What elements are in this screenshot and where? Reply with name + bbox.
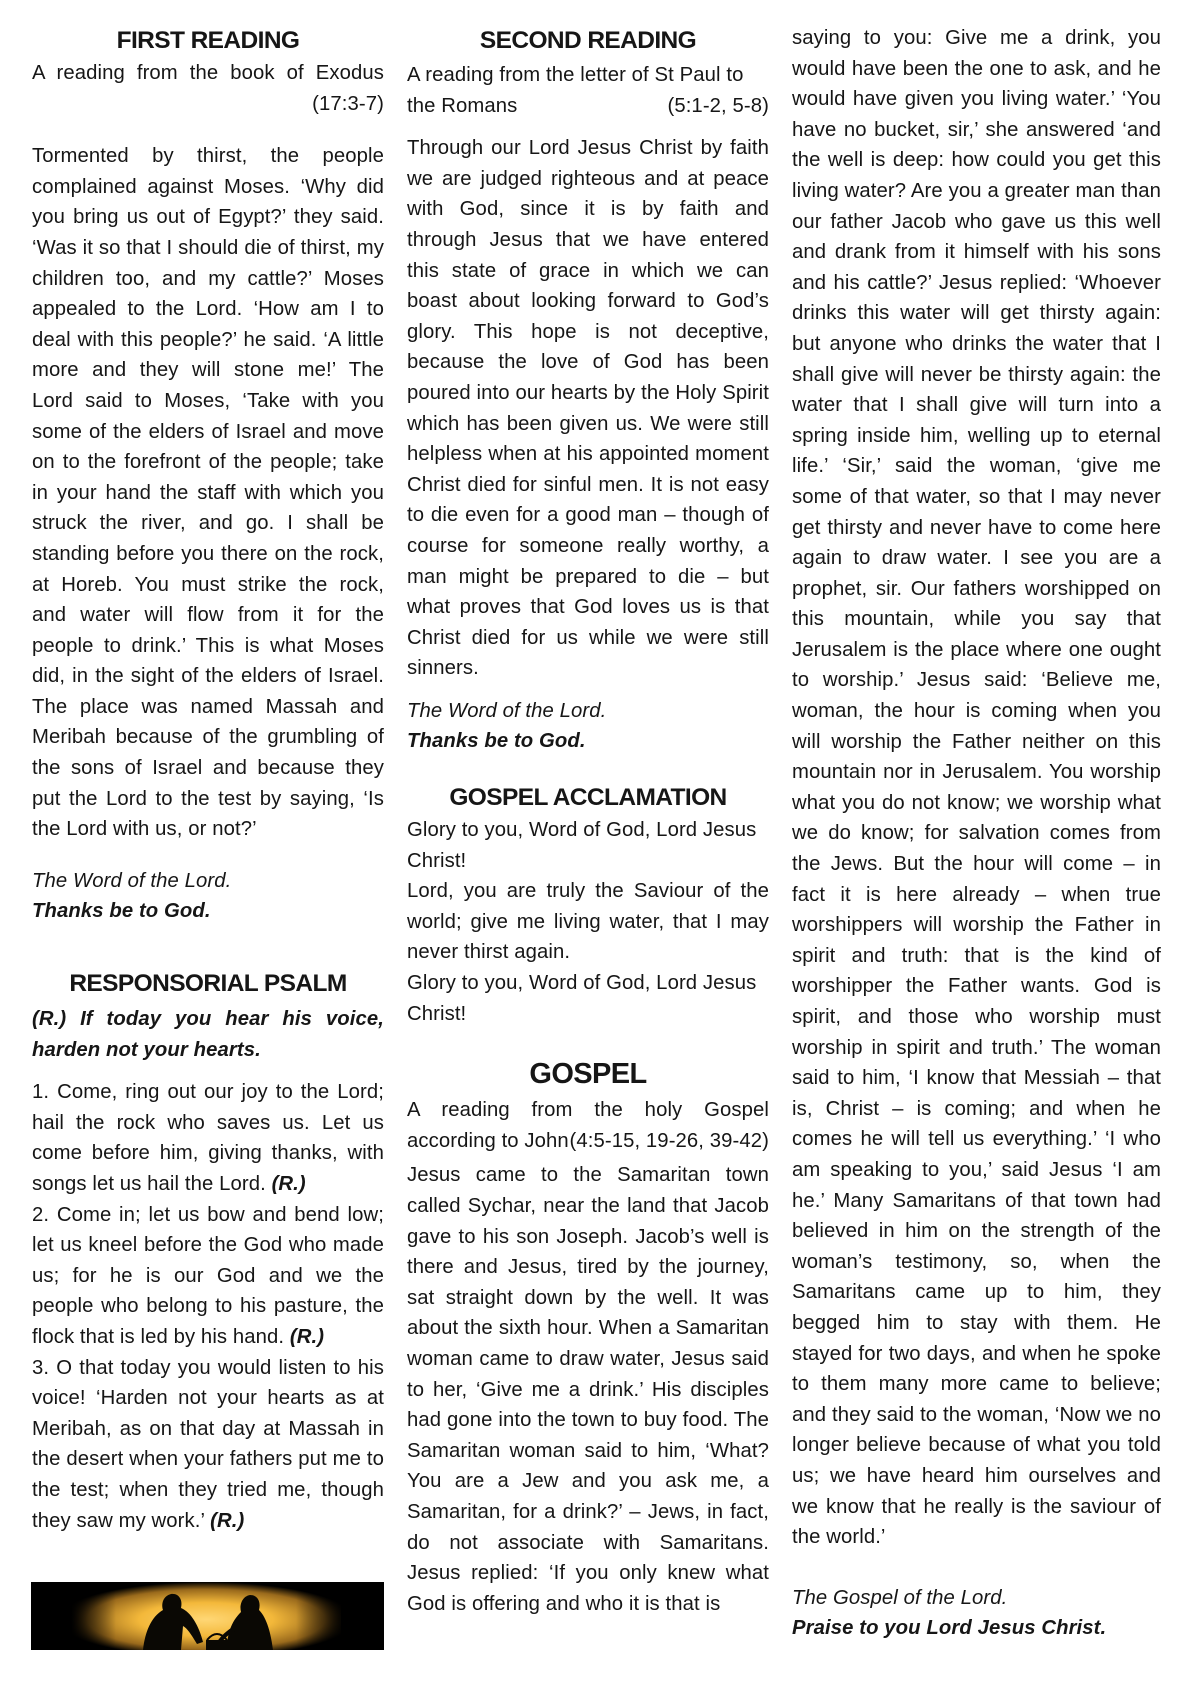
gospel-intro-line2: according to John <box>407 1126 569 1157</box>
psalm-verse-2: 2. Come in; let us bow and bend low; let… <box>32 1200 384 1353</box>
second-reading-response: Thanks be to God. <box>407 726 769 757</box>
samaritan-woman-at-well-image <box>31 1582 384 1650</box>
psalm-heading: RESPONSORIAL PSALM <box>32 969 384 999</box>
acclamation-line-1: Glory to you, Word of God, Lord Jesus Ch… <box>407 815 769 876</box>
first-reading-body: Tormented by thirst, the people complain… <box>32 141 384 845</box>
first-reading-intro: A reading from the book of Exodus <box>32 58 384 89</box>
gospel-response: Praise to you Lord Jesus Christ. <box>792 1613 1161 1644</box>
first-reading-response: Thanks be to God. <box>32 896 384 927</box>
acclamation-heading: GOSPEL ACCLAMATION <box>407 783 769 813</box>
psalm-response-marker: (R.) <box>210 1510 244 1532</box>
gospel-body-part-1: Jesus came to the Samaritan town called … <box>407 1160 769 1619</box>
second-reading-closing: The Word of the Lord. <box>407 696 769 727</box>
second-reading-intro-row: the Romans (5:1-2, 5-8) <box>407 91 769 122</box>
column-3: saying to you: Give me a drink, you woul… <box>792 0 1161 1644</box>
first-reading-heading: FIRST READING <box>32 26 384 56</box>
psalm-response-marker: (R.) <box>290 1326 324 1348</box>
column-2: SECOND READING A reading from the letter… <box>407 0 769 1619</box>
gospel-heading: GOSPEL <box>407 1059 769 1089</box>
second-reading-intro-line2: the Romans <box>407 91 517 122</box>
well-illustration <box>31 1582 384 1650</box>
gospel-intro: A reading from the holy Gospel <box>407 1095 769 1126</box>
psalm-response-marker: (R.) <box>272 1173 306 1195</box>
acclamation-line-2: Lord, you are truly the Saviour of the w… <box>407 876 769 968</box>
column-1: FIRST READING A reading from the book of… <box>32 0 384 1536</box>
second-reading-heading: SECOND READING <box>407 26 769 56</box>
second-reading-intro: A reading from the letter of St Paul to <box>407 60 769 91</box>
psalm-refrain: (R.) If today you hear his voice, harden… <box>32 1004 384 1065</box>
gospel-reference: (4:5-15, 19-26, 39-42) <box>570 1126 770 1157</box>
gospel-closing: The Gospel of the Lord. <box>792 1583 1161 1614</box>
second-reading-body: Through our Lord Jesus Christ by faith w… <box>407 133 769 684</box>
first-reading-reference: (17:3-7) <box>32 89 384 120</box>
first-reading-closing: The Word of the Lord. <box>32 866 384 897</box>
psalm-verse-1: 1. Come, ring out our joy to the Lord; h… <box>32 1077 384 1199</box>
gospel-intro-row: according to John (4:5-15, 19-26, 39-42) <box>407 1126 769 1157</box>
psalm-verse-3: 3. O that today you would listen to his … <box>32 1353 384 1537</box>
gospel-body-part-2: saying to you: Give me a drink, you woul… <box>792 23 1161 1553</box>
second-reading-reference: (5:1-2, 5-8) <box>667 91 769 122</box>
acclamation-line-3: Glory to you, Word of God, Lord Jesus Ch… <box>407 968 769 1029</box>
